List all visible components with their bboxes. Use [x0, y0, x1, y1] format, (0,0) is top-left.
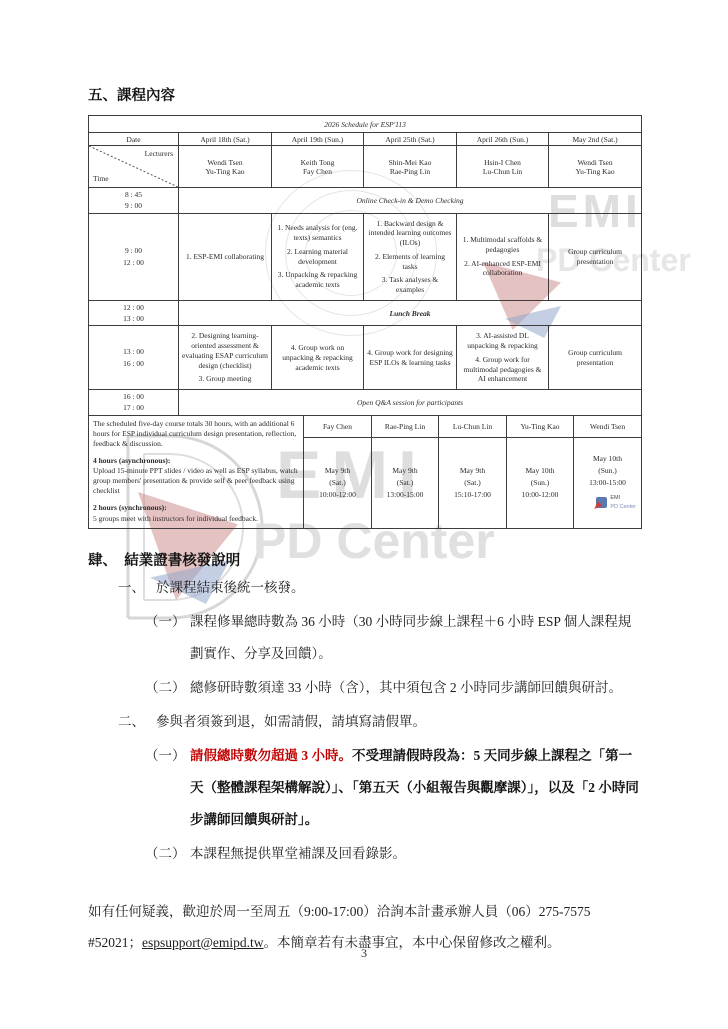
item-label: 二、: [88, 706, 156, 738]
feedback-date-cell: May 9th(Sat.)13:00-15:00: [372, 438, 439, 528]
session-cell: 4. Group work for designing ESP ILOs & l…: [364, 326, 457, 390]
feedback-name-cell: Rae-Ping Lin: [372, 415, 439, 438]
session-cell: 4. Group work on unpacking & repacking a…: [272, 326, 364, 390]
lunch-break-label: Lunch Break: [179, 300, 642, 326]
time-cell: 16 : 0017 : 00: [89, 390, 179, 416]
session-cell: 1. Needs analysis for (eng. texts) seman…: [272, 213, 364, 300]
lecturers-label: Lecturers: [145, 149, 173, 158]
sub-text: 課程修畢總時數為 36 小時（30 小時同步線上課程＋6 小時 ESP 個人課程…: [190, 606, 641, 670]
logo-line1: EMI: [610, 494, 636, 503]
day-column-header: May 2nd (Sat.): [549, 133, 642, 146]
session-cell: 2. Designing learning-oriented assessmen…: [179, 326, 272, 390]
emi-pd-logo: EMI PD Center: [575, 489, 640, 514]
time-cell: 9 : 0012 : 00: [89, 213, 179, 300]
checkin-row-label: Online Check-in & Demo Checking: [179, 188, 642, 214]
lecturers-time-diagonal-cell: Lecturers Time: [89, 146, 179, 188]
time-cell: 12 : 0013 : 00: [89, 300, 179, 326]
qa-row-label: Open Q&A session for participants: [179, 390, 642, 416]
item-text: 於課程結束後統一核發。: [156, 572, 305, 604]
day-column-header: April 18th (Sat.): [179, 133, 272, 146]
feedback-table: The scheduled five-day course totals 30 …: [88, 415, 642, 529]
item-label: 一、: [88, 572, 156, 604]
day-column-header: April 26th (Sun.): [457, 133, 549, 146]
sub-item-2-2: （二） 本課程無提供單堂補課及回看錄影。: [88, 838, 641, 870]
day-column-header: April 19th (Sun.): [272, 133, 364, 146]
time-cell: 8 : 459 : 00: [89, 188, 179, 214]
sub-item-2-1: （一） 請假總時數勿超過 3 小時。不受理請假時段為：5 天同步線上課程之「第一…: [88, 740, 641, 836]
sub-label: （二）: [145, 672, 190, 704]
day-column-header: April 25th (Sat.): [364, 133, 457, 146]
session-cell: Group curriculum presentation: [549, 326, 642, 390]
feedback-name-cell: Lu-Chun Lin: [439, 415, 507, 438]
async-hours-heading: 4 hours (asynchronous):: [93, 456, 298, 466]
sub-item-1-1: （一） 課程修畢總時數為 36 小時（30 小時同步線上課程＋6 小時 ESP …: [88, 606, 641, 670]
feedback-name-cell: Yu-Ting Kao: [507, 415, 574, 438]
sync-hours-heading: 2 hours (synchronous):: [93, 503, 298, 513]
session-cell: 1. ESP-EMI collaborating: [179, 213, 272, 300]
session-cell: Group curriculum presentation: [549, 213, 642, 300]
lecturer-cell: Hsin-I ChenLu-Chun Lin: [457, 146, 549, 188]
page-number: 3: [0, 946, 728, 961]
session-cell: 1. Backward design & intended learning o…: [364, 213, 457, 300]
course-note-cell: The scheduled five-day course totals 30 …: [89, 415, 304, 528]
feedback-name-cell: Fay Chen: [304, 415, 372, 438]
emi-pd-logo-icon: [596, 497, 607, 508]
date-header-cell: Date: [89, 133, 179, 146]
schedule-table: 2026 Schedule for ESP'113 Date April 18t…: [88, 115, 642, 416]
cert-section-heading: 肆、 結業證書核發說明: [88, 549, 641, 570]
sub-label: （一）: [145, 606, 190, 670]
section-five-heading: 五、課程內容: [88, 84, 641, 105]
item-text: 參與者須簽到退，如需請假，請填寫請假單。: [156, 706, 426, 738]
logo-line2: PD Center: [610, 503, 636, 512]
sub-text: 總修研時數須達 33 小時（含），其中須包含 2 小時同步講師回饋與研討。: [190, 672, 641, 704]
lecturer-cell: Shin-Mei KaoRae-Ping Lin: [364, 146, 457, 188]
feedback-name-cell: Wendi Tsen: [574, 415, 642, 438]
feedback-date-cell: May 10th(Sun.)13:00-15:00 EMI PD Center: [574, 438, 642, 528]
time-cell: 13 : 0016 : 00: [89, 326, 179, 390]
sync-hours-text: 5 groups meet with instructors for indiv…: [93, 514, 298, 524]
table-title: 2026 Schedule for ESP'113: [89, 116, 642, 133]
sub-label: （二）: [145, 838, 190, 870]
document-page: EMI PD Center EMI PD Center 五、課程內容 2026 …: [0, 0, 728, 1029]
time-label: Time: [93, 174, 109, 183]
feedback-date-cell: May 9th(Sat.)15:10-17:00: [439, 438, 507, 528]
sub-text: 請假總時數勿超過 3 小時。不受理請假時段為：5 天同步線上課程之「第一天（整體…: [190, 740, 641, 836]
feedback-date-cell: May 9th(Sat.)10:00-12:00: [304, 438, 372, 528]
session-cell: 3. AI-assisted DL unpacking & repacking4…: [457, 326, 549, 390]
lecturer-cell: Wendi TsenYu-Ting Kao: [549, 146, 642, 188]
list-item-1: 一、 於課程結束後統一核發。: [88, 572, 641, 604]
sub-text: 本課程無提供單堂補課及回看錄影。: [190, 838, 641, 870]
sub-label: （一）: [145, 740, 190, 836]
lecturer-cell: Keith TongFay Chen: [272, 146, 364, 188]
session-cell: 1. Multimodal scaffolds & pedagogies2. A…: [457, 213, 549, 300]
list-item-2: 二、 參與者須簽到退，如需請假，請填寫請假單。: [88, 706, 641, 738]
note-paragraph: The scheduled five-day course totals 30 …: [93, 419, 298, 449]
leave-limit-warning: 請假總時數勿超過 3 小時。: [190, 748, 352, 763]
async-hours-text: Upload 15-minute PPT slides / video as w…: [93, 466, 298, 496]
sub-item-1-2: （二） 總修研時數須達 33 小時（含），其中須包含 2 小時同步講師回饋與研討…: [88, 672, 641, 704]
feedback-date-cell: May 10th(Sun.)10:00-12:00: [507, 438, 574, 528]
lecturer-cell: Wendi TsenYu-Ting Kao: [179, 146, 272, 188]
